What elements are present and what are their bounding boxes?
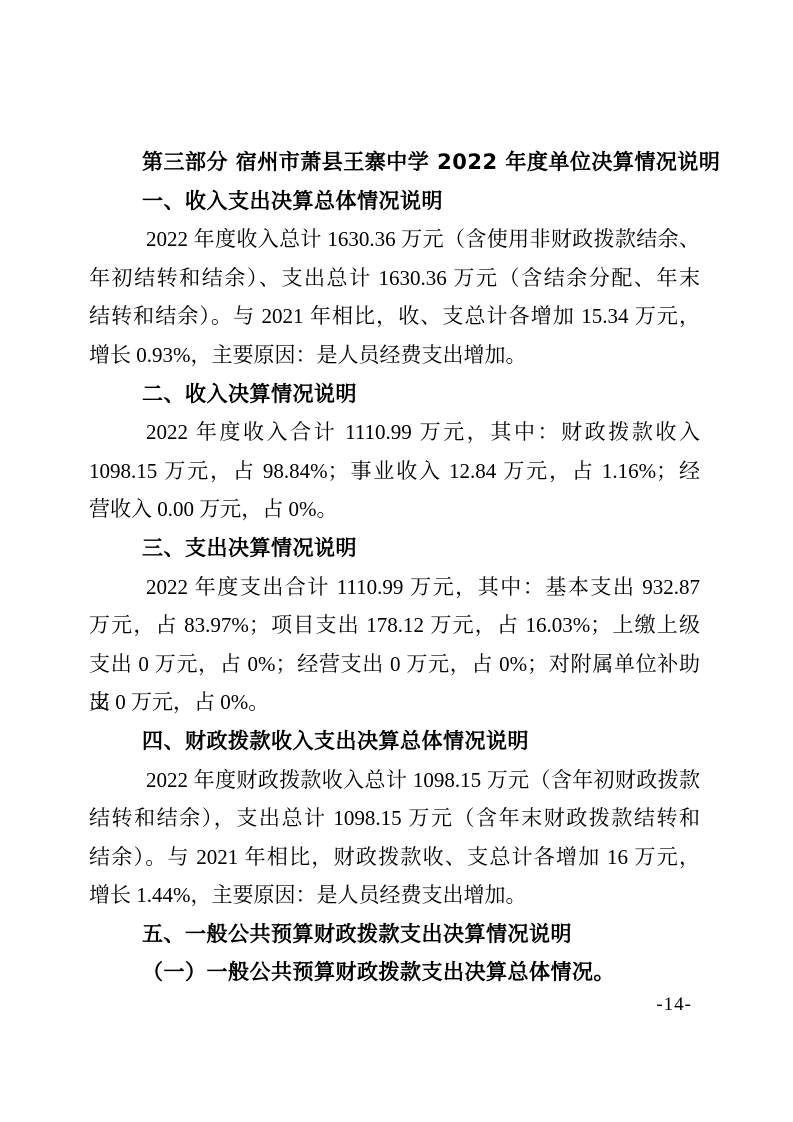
paragraph-line: 2022 年度收入总计 1630.36 万元（含使用非财政拨款结余、 (89, 220, 700, 259)
subsection-heading: （一）一般公共预算财政拨款支出决算总体情况。 (142, 953, 700, 992)
section-heading-5: 五、一般公共预算财政拨款支出决算情况说明 (142, 915, 700, 954)
document-content: 第三部分 宿州市萧县王寨中学 2022 年度单位决算情况说明 一、收入支出决算总… (89, 143, 700, 992)
paragraph-line: 增长 1.44%，主要原因：是人员经费支出增加。 (89, 876, 700, 915)
section-heading-3: 三、支出决算情况说明 (142, 529, 700, 568)
paragraph-line: 增长 0.93%，主要原因：是人员经费支出增加。 (89, 336, 700, 375)
section-heading-1: 一、收入支出决算总体情况说明 (142, 182, 700, 221)
paragraph-line: 结余）。与 2021 年相比，财政拨款收、支总计各增加 16 万元， (89, 838, 700, 877)
section-heading-2: 二、收入决算情况说明 (142, 375, 700, 414)
paragraph-line: 2022 年度支出合计 1110.99 万元，其中：基本支出 932.87 (89, 568, 700, 607)
paragraph-line: 结转和结余），支出总计 1098.15 万元（含年末财政拨款结转和 (89, 799, 700, 838)
document-page: 第三部分 宿州市萧县王寨中学 2022 年度单位决算情况说明 一、收入支出决算总… (0, 0, 793, 1122)
paragraph-line: 支出 0 万元，占 0%；经营支出 0 万元，占 0%；对附属单位补助支 (89, 645, 700, 684)
paragraph-line: 1098.15 万元，占 98.84%；事业收入 12.84 万元，占 1.16… (89, 452, 700, 491)
paragraph-line: 营收入 0.00 万元，占 0%。 (89, 490, 700, 529)
page-number: -14- (656, 994, 692, 1016)
section-heading-4: 四、财政拨款收入支出决算总体情况说明 (142, 722, 700, 761)
paragraph-line: 结转和结余）。与 2021 年相比，收、支总计各增加 15.34 万元， (89, 297, 700, 336)
part-title: 第三部分 宿州市萧县王寨中学 2022 年度单位决算情况说明 (142, 143, 700, 182)
paragraph-line: 2022 年度财政拨款收入总计 1098.15 万元（含年初财政拨款 (89, 761, 700, 800)
paragraph-line: 出 0 万元，占 0%。 (89, 683, 700, 722)
paragraph-line: 2022 年度收入合计 1110.99 万元，其中：财政拨款收入 (89, 413, 700, 452)
paragraph-line: 万元，占 83.97%；项目支出 178.12 万元，占 16.03%；上缴上级 (89, 606, 700, 645)
paragraph-line: 年初结转和结余）、支出总计 1630.36 万元（含结余分配、年末 (89, 259, 700, 298)
